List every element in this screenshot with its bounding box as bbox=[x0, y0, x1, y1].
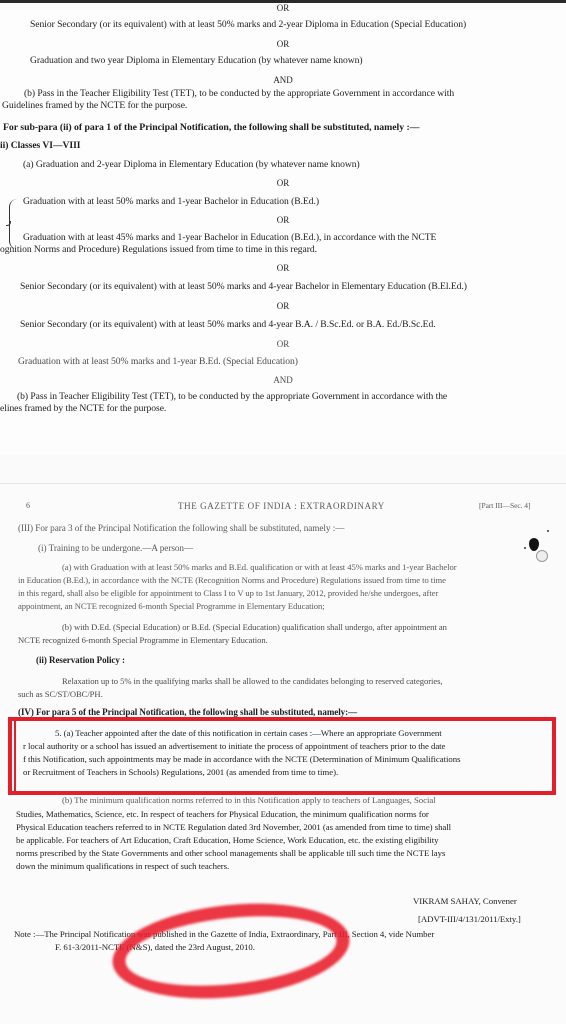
signatory: VIKRAM SAHAY, Convener bbox=[413, 895, 517, 907]
body-line: in Education (B.Ed.), in accordance with… bbox=[18, 574, 446, 586]
page-number: 6 bbox=[26, 500, 30, 512]
and-separator: AND bbox=[0, 374, 566, 386]
sub-para-heading: For sub-para (ii) of para 1 of the Princ… bbox=[3, 122, 419, 134]
gazette-title: THE GAZETTE OF INDIA : EXTRAORDINARY bbox=[178, 500, 385, 512]
speck bbox=[524, 547, 526, 549]
qualification-line: Graduation with at least 50% marks and 1… bbox=[18, 356, 298, 368]
body-line: Physical Education teachers referred to … bbox=[16, 821, 451, 833]
or-separator: OR bbox=[0, 300, 566, 312]
or-separator: OR bbox=[0, 262, 566, 274]
body-line: (b) with D.Ed. (Special Education) or B.… bbox=[62, 621, 447, 633]
qualification-line: Graduation and two year Diploma in Eleme… bbox=[30, 55, 362, 67]
body-line: norms prescribed by the State Government… bbox=[16, 847, 445, 859]
or-separator: OR bbox=[0, 177, 566, 189]
body-line: appointment, an NCTE recognized 6-month … bbox=[18, 600, 325, 612]
classes-heading: ii) Classes VI—VIII bbox=[0, 140, 80, 152]
para-heading: (III) For para 3 of the Principal Notifi… bbox=[18, 522, 344, 534]
and-separator: AND bbox=[0, 74, 566, 86]
tet-requirement-line: elines framed by the NCTE for the purpos… bbox=[0, 403, 166, 415]
tet-requirement-line: (b) Pass in the Teacher Eligibility Test… bbox=[24, 88, 454, 100]
advertisement-reference: [ADVT-III/4/131/2011/Exty.] bbox=[418, 913, 521, 925]
tet-requirement-line: Guidelines framed by the NCTE for the pu… bbox=[2, 100, 187, 112]
body-line: Studies, Mathematics, Science, etc. In r… bbox=[16, 808, 429, 820]
section-heading: (i) Training to be undergone.—A person— bbox=[38, 542, 193, 554]
qualification-line: Graduation with at least 45% marks and 1… bbox=[23, 232, 436, 244]
speck bbox=[547, 530, 549, 532]
body-line: such as SC/ST/OBC/PH. bbox=[18, 688, 103, 700]
highlight-box-inner-mark bbox=[14, 719, 22, 793]
section-heading: (ii) Reservation Policy : bbox=[36, 654, 125, 666]
page-divider bbox=[0, 483, 566, 484]
qualification-line: Senior Secondary (or its equivalent) wit… bbox=[20, 319, 436, 331]
highlighted-line: f this Notification, such appointments m… bbox=[23, 753, 460, 765]
qualification-line: (a) Graduation and 2-year Diploma in Ele… bbox=[23, 159, 360, 171]
qualification-line: Senior Secondary (or its equivalent) wit… bbox=[20, 281, 467, 293]
highlighted-line: or Recruitment of Teachers in Schools) R… bbox=[23, 766, 338, 778]
body-line: be applicable. For teachers of Art Educa… bbox=[16, 834, 438, 846]
body-line: down the minimum qualifications in respe… bbox=[16, 860, 229, 872]
qualification-line: Graduation with at least 50% marks and 1… bbox=[23, 196, 319, 208]
stamp-mark bbox=[536, 550, 548, 562]
or-separator: OR bbox=[0, 38, 566, 50]
body-line: Relaxation up to 5% in the qualifying ma… bbox=[62, 675, 443, 687]
qualification-line: Senior Secondary (or its equivalent) wit… bbox=[30, 19, 466, 31]
qualification-line: ognition Norms and Procedure) Regulation… bbox=[0, 244, 317, 256]
or-separator: OR bbox=[0, 338, 566, 350]
or-separator: OR bbox=[0, 214, 566, 226]
body-line: in this regard, shall also be eligible f… bbox=[18, 587, 438, 599]
tet-requirement-line: (b) Pass in Teacher Eligibility Test (TE… bbox=[17, 391, 447, 403]
body-line: (a) with Graduation with at least 50% ma… bbox=[62, 561, 457, 573]
body-line: (b) The minimum qualification norms refe… bbox=[62, 794, 436, 806]
highlighted-line: r local authority or a school has issued… bbox=[23, 740, 445, 752]
highlighted-line: 5. (a) Teacher appointed after the date … bbox=[55, 727, 442, 739]
page-gap bbox=[0, 455, 566, 485]
part-label: [Part III—Sec. 4] bbox=[479, 500, 530, 512]
or-separator: OR bbox=[0, 2, 566, 14]
body-line: NCTE recognized 6-month Special Programm… bbox=[18, 634, 268, 646]
